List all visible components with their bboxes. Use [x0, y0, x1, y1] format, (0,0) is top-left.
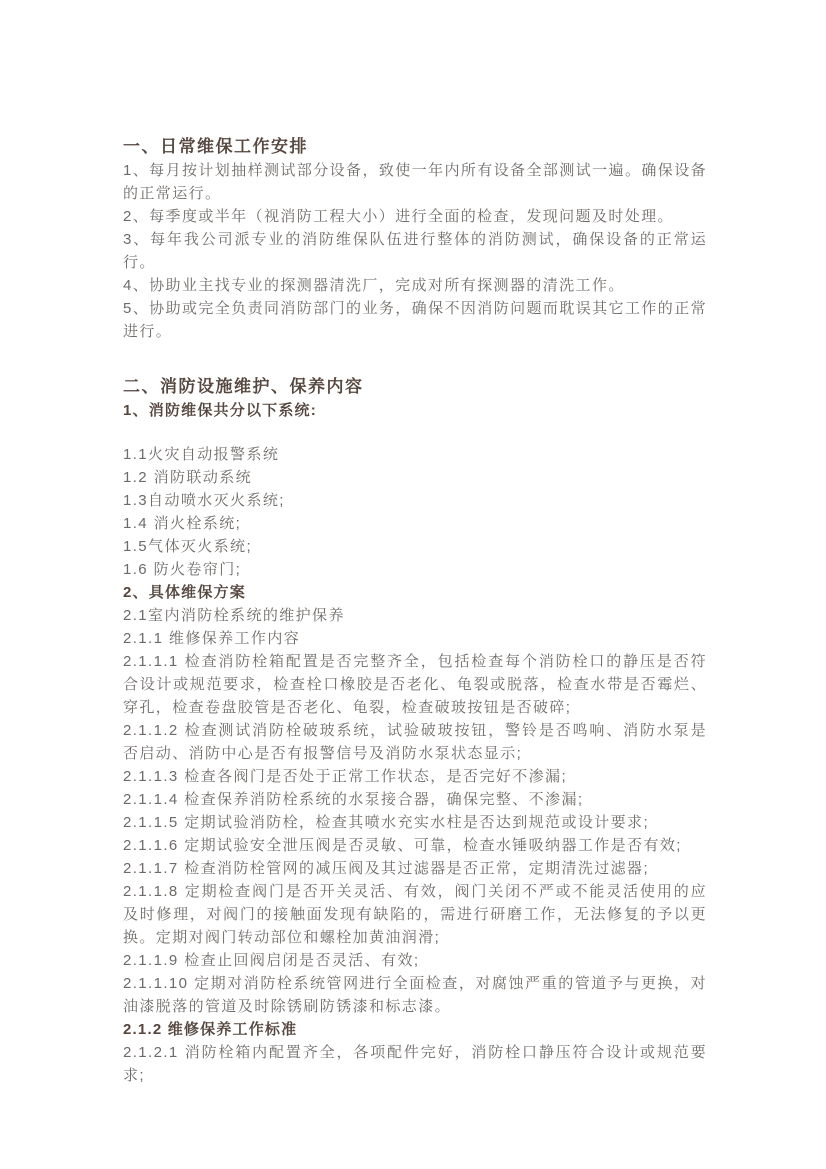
- section1-heading: 一、日常维保工作安排: [123, 135, 707, 159]
- systems-heading: 1、消防维保共分以下系统:: [123, 399, 707, 422]
- plan-paragraph-2-1-1-8: 2.1.1.8 定期检查阀门是否开关灵活、有效，阀门关闭不严或不能灵活使用的应及…: [123, 880, 707, 949]
- section-spacer: [123, 343, 707, 375]
- system-item-1: 1.1火灾自动报警系统: [123, 443, 707, 466]
- plan-heading: 2、具体维保方案: [123, 581, 707, 604]
- section1-paragraph-4: 4、协助业主找专业的探测器清洗厂，完成对所有探测器的清洗工作。: [123, 274, 707, 297]
- section1-paragraph-1: 1、每月按计划抽样测试部分设备，致使一年内所有设备全部测试一遍。确保设备的正常运…: [123, 159, 707, 205]
- plan-paragraph-2-1-1-2: 2.1.1.2 检查测试消防栓破玻系统，试验破玻按钮，警铃是否鸣响、消防水泵是否…: [123, 719, 707, 765]
- plan-paragraph-2-1-1-1: 2.1.1.1 检查消防栓箱配置是否完整齐全，包括检查每个消防栓口的静压是否符合…: [123, 650, 707, 719]
- document-page: 一、日常维保工作安排 1、每月按计划抽样测试部分设备，致使一年内所有设备全部测试…: [0, 0, 826, 1169]
- section1-paragraph-2: 2、每季度或半年（视消防工程大小）进行全面的检查，发现问题及时处理。: [123, 205, 707, 228]
- system-item-5: 1.5气体灭火系统;: [123, 535, 707, 558]
- plan-paragraph-2-1-1-3: 2.1.1.3 检查各阀门是否处于正常工作状态，是否完好不渗漏;: [123, 765, 707, 788]
- blank-line-spacer: [123, 422, 707, 443]
- plan-paragraph-2-1-1: 2.1.1 维修保养工作内容: [123, 627, 707, 650]
- system-item-6: 1.6 防火卷帘门;: [123, 558, 707, 581]
- plan-paragraph-2-1-1-5: 2.1.1.5 定期试验消防栓，检查其喷水充实水柱是否达到规范或设计要求;: [123, 811, 707, 834]
- section-daily-maintenance: 一、日常维保工作安排 1、每月按计划抽样测试部分设备，致使一年内所有设备全部测试…: [123, 135, 707, 343]
- plan-paragraph-2-1-1-7: 2.1.1.7 检查消防栓管网的减压阀及其过滤器是否正常，定期清洗过滤器;: [123, 857, 707, 880]
- system-item-2: 1.2 消防联动系统: [123, 466, 707, 489]
- system-item-3: 1.3自动喷水灭火系统;: [123, 489, 707, 512]
- standard-paragraph-2-1-2-1: 2.1.2.1 消防栓箱内配置齐全，各项配件完好，消防栓口静压符合设计或规范要求…: [123, 1041, 707, 1087]
- section1-paragraph-5: 5、协助或完全负责同消防部门的业务，确保不因消防问题而耽误其它工作的正常进行。: [123, 297, 707, 343]
- system-item-4: 1.4 消火栓系统;: [123, 512, 707, 535]
- section2-heading: 二、消防设施维护、保养内容: [123, 375, 707, 399]
- standard-heading: 2.1.2 维修保养工作标准: [123, 1018, 707, 1041]
- plan-paragraph-2-1-1-10: 2.1.1.10 定期对消防栓系统管网进行全面检查，对腐蚀严重的管道予与更换，对…: [123, 972, 707, 1018]
- section1-paragraph-3: 3、每年我公司派专业的消防维保队伍进行整体的消防测试，确保设备的正常运行。: [123, 228, 707, 274]
- plan-paragraph-2-1-1-6: 2.1.1.6 定期试验安全泄压阀是否灵敏、可靠，检查水锤吸纳器工作是否有效;: [123, 834, 707, 857]
- plan-paragraphs: 2.1室内消防栓系统的维护保养 2.1.1 维修保养工作内容 2.1.1.1 检…: [123, 604, 707, 1018]
- plan-paragraph-2-1: 2.1室内消防栓系统的维护保养: [123, 604, 707, 627]
- systems-list: 1.1火灾自动报警系统 1.2 消防联动系统 1.3自动喷水灭火系统; 1.4 …: [123, 443, 707, 581]
- plan-paragraph-2-1-1-4: 2.1.1.4 检查保养消防栓系统的水泵接合器，确保完整、不渗漏;: [123, 788, 707, 811]
- plan-paragraph-2-1-1-9: 2.1.1.9 检查止回阀启闭是否灵活、有效;: [123, 949, 707, 972]
- section-facility-maintenance: 二、消防设施维护、保养内容 1、消防维保共分以下系统: 1.1火灾自动报警系统 …: [123, 375, 707, 1087]
